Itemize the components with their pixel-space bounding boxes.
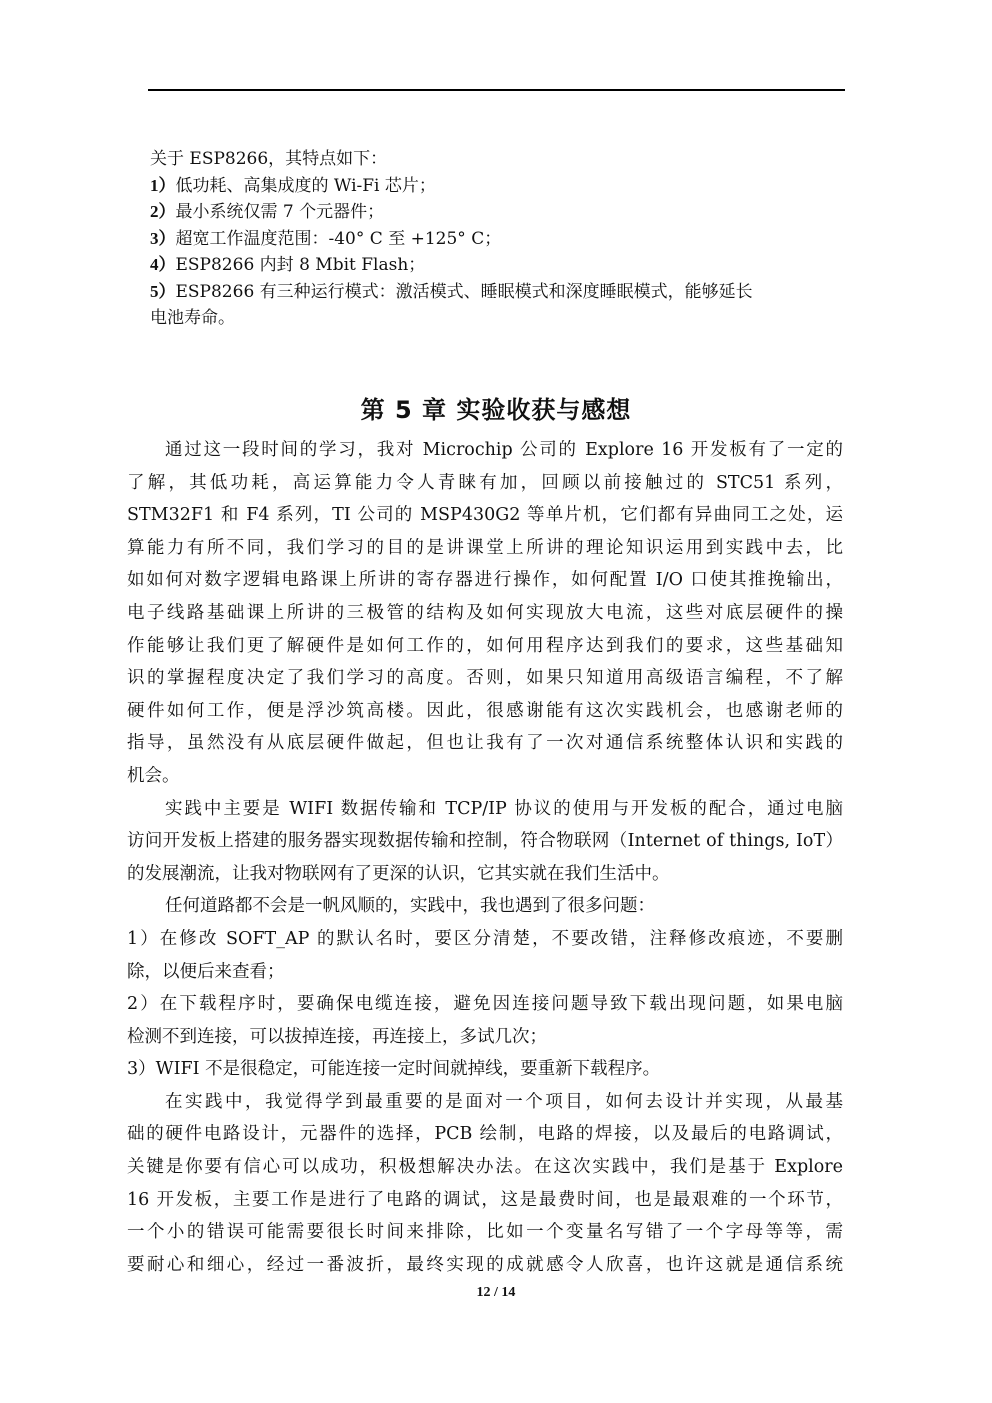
feature-item: 5）ESP8266 有三种运行模式：激活模式、睡眠模式和深度睡眠模式，能够延长 xyxy=(150,279,850,306)
body-line: 电子线路基础课上所讲的三极管的结构及如何实现放大电流，这些对底层硬件的操 xyxy=(127,597,843,630)
header-rule xyxy=(148,89,845,91)
chapter-body: 通过这一段时间的学习，我对 Microchip 公司的 Explore 16 开… xyxy=(127,434,843,1281)
body-line: 一个小的错误可能需要很长时间来排除，比如一个变量名写错了一个字母等等，需 xyxy=(127,1216,843,1249)
feature-text: ESP8266 内封 8 Mbit Flash； xyxy=(176,255,426,275)
body-line: 作能够让我们更了解硬件是如何工作的，如何用程序达到我们的要求，这些基础知 xyxy=(127,630,843,663)
feature-item: 4）ESP8266 内封 8 Mbit Flash； xyxy=(150,252,850,279)
feature-text: ESP8266 有三种运行模式：激活模式、睡眠模式和深度睡眠模式，能够延长 xyxy=(176,282,753,302)
feature-number: 1） xyxy=(150,176,176,195)
body-line: 础的硬件电路设计，元器件的选择，PCB 绘制，电路的焊接，以及最后的电路调试， xyxy=(127,1118,843,1151)
feature-number: 3） xyxy=(150,229,176,248)
page-number: 12 / 14 xyxy=(0,1285,992,1301)
body-line: 如如何对数字逻辑电路课上所讲的寄存器进行操作，如何配置 I/O 口使其推挽输出， xyxy=(127,564,843,597)
feature-text: 最小系统仅需 7 个元器件； xyxy=(176,202,385,222)
feature-text: 低功耗、高集成度的 Wi-Fi 芯片； xyxy=(176,176,436,196)
body-line: 实践中主要是 WIFI 数据传输和 TCP/IP 协议的使用与开发板的配合，通过… xyxy=(127,793,843,826)
body-line: 通过这一段时间的学习，我对 Microchip 公司的 Explore 16 开… xyxy=(127,434,843,467)
chapter-title: 第 5 章 实验收获与感想 xyxy=(0,390,992,425)
body-line: 硬件如何工作，便是浮沙筑高楼。因此，很感谢能有这次实践机会，也感谢老师的 xyxy=(127,695,843,728)
feature-continuation: 电池寿命。 xyxy=(150,305,850,332)
problem-item: 2）在下载程序时，要确保电缆连接，避免因连接问题导致下载出现问题，如果电脑 xyxy=(127,988,843,1021)
body-line: 任何道路都不会是一帆风顺的，实践中，我也遇到了很多问题： xyxy=(127,890,843,923)
features-lead: 关于 ESP8266，其特点如下： xyxy=(150,146,850,173)
body-line: 16 开发板，主要工作是进行了电路的调试，这是最费时间，也是最艰难的一个环节， xyxy=(127,1184,843,1217)
esp8266-features: 关于 ESP8266，其特点如下： 1）低功耗、高集成度的 Wi-Fi 芯片； … xyxy=(150,146,850,332)
body-line: 算能力有所不同，我们学习的目的是讲课堂上所讲的理论知识运用到实践中去，比 xyxy=(127,532,843,565)
problem-item: 3）WIFI 不是很稳定，可能连接一定时间就掉线，要重新下载程序。 xyxy=(127,1053,843,1086)
body-line: 关键是你要有信心可以成功，积极想解决办法。在这次实践中，我们是基于 Explor… xyxy=(127,1151,843,1184)
feature-item: 2）最小系统仅需 7 个元器件； xyxy=(150,199,850,226)
feature-number: 2） xyxy=(150,202,176,221)
problem-item-continuation: 检测不到连接，可以拔掉连接，再连接上，多试几次； xyxy=(127,1021,843,1054)
problem-item: 1）在修改 SOFT_AP 的默认名时，要区分清楚，不要改错，注释修改痕迹，不要… xyxy=(127,923,843,956)
feature-number: 5） xyxy=(150,282,176,301)
body-line: 要耐心和细心，经过一番波折，最终实现的成就感令人欣喜，也许这就是通信系统 xyxy=(127,1249,843,1282)
body-line: 访问开发板上搭建的服务器实现数据传输和控制，符合物联网（Internet of … xyxy=(127,825,843,858)
body-line: 机会。 xyxy=(127,760,843,793)
feature-item: 1）低功耗、高集成度的 Wi-Fi 芯片； xyxy=(150,173,850,200)
feature-item: 3）超宽工作温度范围：-40° C 至 +125° C； xyxy=(150,226,850,253)
feature-number: 4） xyxy=(150,255,176,274)
problem-item-continuation: 除，以便后来查看； xyxy=(127,956,843,989)
feature-text: 超宽工作温度范围：-40° C 至 +125° C； xyxy=(176,229,502,249)
body-line: 在实践中，我觉得学到最重要的是面对一个项目，如何去设计并实现，从最基 xyxy=(127,1086,843,1119)
body-line: STM32F1 和 F4 系列，TI 公司的 MSP430G2 等单片机，它们都… xyxy=(127,499,843,532)
body-line: 的发展潮流，让我对物联网有了更深的认识，它其实就在我们生活中。 xyxy=(127,858,843,891)
body-line: 了解，其低功耗，高运算能力令人青睐有加，回顾以前接触过的 STC51 系列， xyxy=(127,467,843,500)
body-line: 指导，虽然没有从底层硬件做起，但也让我有了一次对通信系统整体认识和实践的 xyxy=(127,727,843,760)
body-line: 识的掌握程度决定了我们学习的高度。否则，如果只知道用高级语言编程，不了解 xyxy=(127,662,843,695)
